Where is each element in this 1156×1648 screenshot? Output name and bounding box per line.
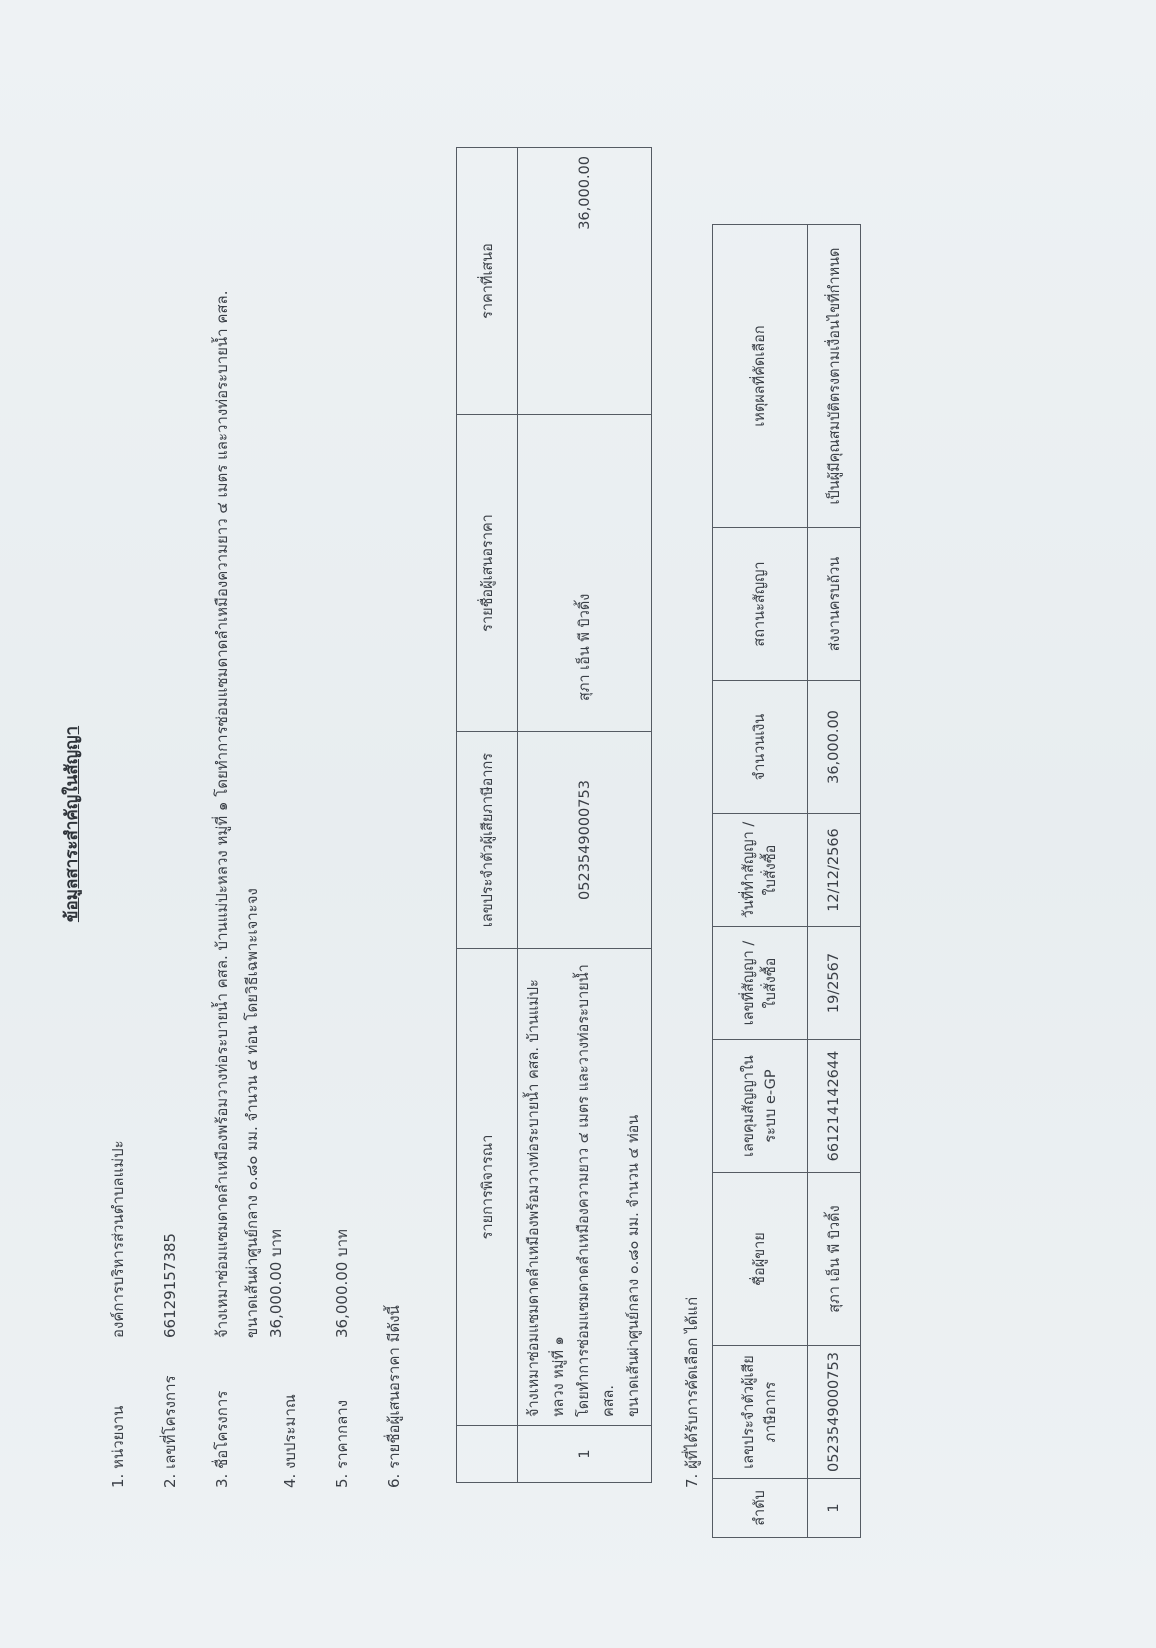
page-title: ข้อมูลสาระสำคัญในสัญญา [58, 0, 85, 1648]
info-list: 1. หน่วยงาน องค์การบริหารส่วนตำบลแม่ปะ 2… [108, 138, 436, 1488]
info-value: 36,000.00 บาท [332, 138, 352, 1338]
row-number: 1 [518, 1426, 652, 1483]
table-row: 1 จ้างเหมาซ่อมแซมดาดลำเหมืองพร้อมวางท่อร… [518, 148, 652, 1483]
col-header: เลขที่สัญญา / ใบสั่งซื้อ [713, 927, 808, 1040]
info-project-number: 2. เลขที่โครงการ 66129157385 [160, 138, 180, 1488]
info-label: 6. รายชื่อผู้เสนอราคา มีดังนี้ [384, 1088, 404, 1488]
col-header: เหตุผลที่คัดเลือก [713, 225, 808, 528]
tax-id: 0523549000753 [808, 1346, 861, 1479]
document-page: ข้อมูลสาระสำคัญในสัญญา 1. หน่วยงาน องค์ก… [0, 0, 1156, 1648]
info-label: 5. ราคากลาง [332, 1338, 352, 1488]
info-label: 3. ชื่อโครงการ [212, 1338, 262, 1488]
col-header: ราคาที่เสนอ [457, 148, 518, 415]
bid-price: 36,000.00 [518, 148, 652, 415]
col-header: เลขประจำตัวผู้เสียภาษีอากร [457, 732, 518, 949]
col-header: รายการพิจารณา [457, 949, 518, 1426]
info-bidders-heading: 6. รายชื่อผู้เสนอราคา มีดังนี้ [384, 138, 404, 1488]
info-value: องค์การบริหารส่วนตำบลแม่ปะ [108, 138, 128, 1338]
item-line: โดยทำการซ่อมแซมดาดลำเหมืองความยาว ๔ เมตร… [572, 957, 622, 1417]
col-header: ชื่อผู้ขาย [713, 1173, 808, 1346]
info-value: 36,000.00 บาท [266, 138, 300, 1338]
item-description: จ้างเหมาซ่อมแซมดาดลำเหมืองพร้อมวางท่อระบ… [518, 949, 652, 1426]
bidders-table: รายการพิจารณา เลขประจำตัวผู้เสียภาษีอากร… [456, 147, 652, 1483]
contract-number: 19/2567 [808, 927, 861, 1040]
info-value: 66129157385 [160, 138, 180, 1338]
bidder-name: สุภา เอ็น พี บิวดิ้ง [518, 415, 652, 732]
winners-table: ลำดับ เลขประจำตัวผู้เสียภาษีอากร ชื่อผู้… [712, 224, 861, 1538]
tax-id: 0523549000753 [518, 732, 652, 949]
col-header: วันที่ทำสัญญา / ใบสั่งซื้อ [713, 814, 808, 927]
col-header: จำนวนเงิน [713, 681, 808, 814]
info-label: 1. หน่วยงาน [108, 1338, 128, 1488]
col-header: เลขประจำตัวผู้เสียภาษีอากร [713, 1346, 808, 1479]
egp-number: 661214142644 [808, 1040, 861, 1173]
col-header: เลขคุมสัญญาในระบบ e-GP [713, 1040, 808, 1173]
info-budget: 4. งบประมาณ 36,000.00 บาท [266, 138, 300, 1488]
col-header: สถานะสัญญา [713, 528, 808, 681]
info-median-price: 5. ราคากลาง 36,000.00 บาท [332, 138, 352, 1488]
contract-date: 12/12/2566 [808, 814, 861, 927]
amount: 36,000.00 [808, 681, 861, 814]
col-header: รายชื่อผู้เสนอราคา [457, 415, 518, 732]
seller-name: สุภา เอ็น พี บิวดิ้ง [808, 1173, 861, 1346]
contract-status: ส่งงานครบถ้วน [808, 528, 861, 681]
col-header [457, 1426, 518, 1483]
info-label: 2. เลขที่โครงการ [160, 1338, 180, 1488]
item-line: จ้างเหมาซ่อมแซมดาดลำเหมืองพร้อมวางท่อระบ… [522, 957, 572, 1417]
table-header-row: รายการพิจารณา เลขประจำตัวผู้เสียภาษีอากร… [457, 148, 518, 1483]
col-header: ลำดับ [713, 1479, 808, 1538]
table-row: 1 0523549000753 สุภา เอ็น พี บิวดิ้ง 661… [808, 225, 861, 1538]
table-header-row: ลำดับ เลขประจำตัวผู้เสียภาษีอากร ชื่อผู้… [713, 225, 808, 1538]
info-value-line2: ขนาดเส้นผ่าศูนย์กลาง ๐.๘๐ มม. จำนวน ๔ ท่… [242, 138, 262, 1338]
info-label: 4. งบประมาณ [266, 1338, 300, 1488]
item-line: ขนาดเส้นผ่าศูนย์กลาง ๐.๘๐ มม. จำนวน ๔ ท่… [622, 957, 647, 1417]
info-agency: 1. หน่วยงาน องค์การบริหารส่วนตำบลแม่ปะ [108, 138, 128, 1488]
selection-reason: เป็นผู้มีคุณสมบัติตรงตามเงื่อนไขที่กำหนด [808, 225, 861, 528]
section7-heading: 7. ผู้ที่ได้รับการคัดเลือก ได้แก่ [680, 1297, 704, 1488]
info-project-name: 3. ชื่อโครงการ จ้างเหมาซ่อมแซมดาดลำเหมือ… [212, 138, 262, 1488]
info-value: จ้างเหมาซ่อมแซมดาดลำเหมืองพร้อมวางท่อระบ… [212, 138, 232, 1338]
row-number: 1 [808, 1479, 861, 1538]
